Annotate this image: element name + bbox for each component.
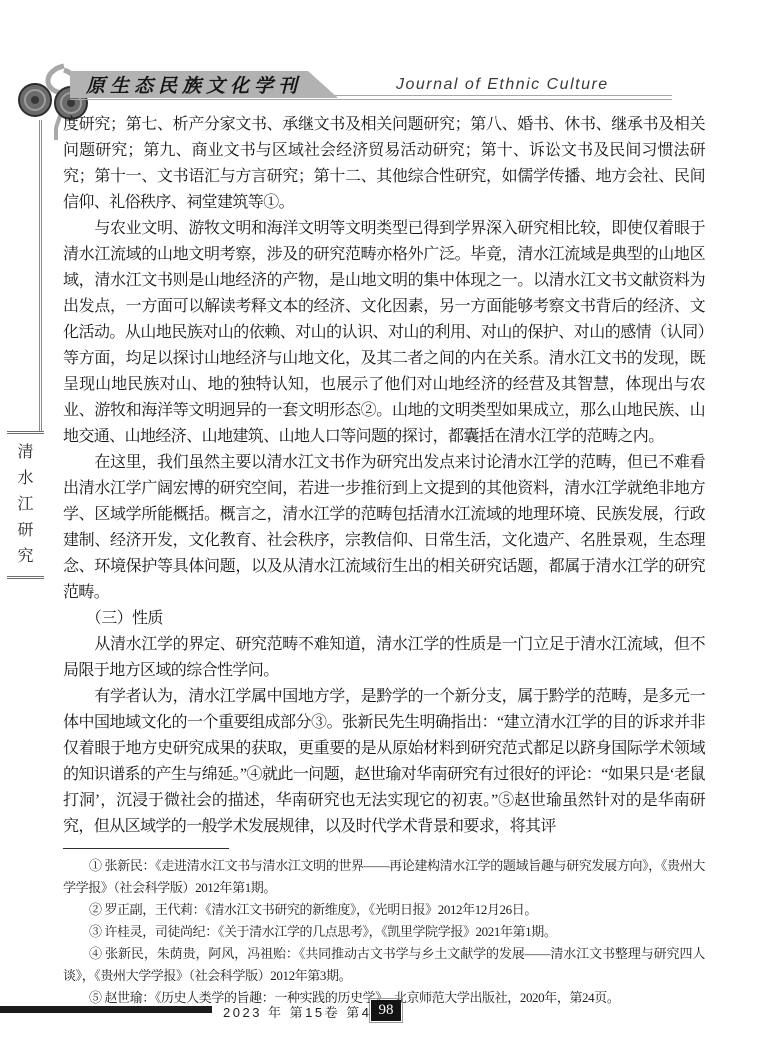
column-label-box: 清 水 江 研 究 <box>7 431 44 579</box>
journal-title-cn: 原生态民族文化学刊 <box>86 71 302 98</box>
body-paragraph: 在这里，我们虽然主要以清水江文书作为研究出发点来讨论清水江学的范畴，但已不难看出… <box>63 450 705 606</box>
body-paragraph: 度研究；第七、析产分家文书、承继文书及相关问题研究；第八、婚书、休书、继承书及相… <box>63 112 705 216</box>
column-label-char: 江 <box>17 497 33 513</box>
footer-bar <box>0 1006 212 1013</box>
body-paragraph: （三）性质 <box>63 606 705 632</box>
column-label-char: 水 <box>17 471 33 487</box>
journal-title-banner: 原生态民族文化学刊 <box>70 71 338 98</box>
footnote: ④ 张新民，朱荫贵，阿风，冯祖贻：《共同推动古文书学与乡土文献学的发展——清水江… <box>63 943 705 987</box>
page-number-badge: 98 <box>371 1000 401 1021</box>
article-body: 度研究；第七、析产分家文书、承继文书及相关问题研究；第八、婚书、休书、继承书及相… <box>63 112 705 1009</box>
paragraph-list: 度研究；第七、析产分家文书、承继文书及相关问题研究；第八、婚书、休书、继承书及相… <box>63 112 705 840</box>
issue-info: 2023 年 第15卷 第4期 <box>223 1002 387 1021</box>
column-label-char: 研 <box>17 523 33 539</box>
body-paragraph: 从清水江学的界定、研究范畴不难知道，清水江学的性质是一门立足于清水江流域，但不局… <box>63 632 705 684</box>
journal-title-en: Journal of Ethnic Culture <box>396 76 609 94</box>
column-label-char: 究 <box>17 549 33 565</box>
footnote-separator <box>63 848 229 849</box>
body-paragraph: 与农业文明、游牧文明和海洋文明等文明类型已得到学界深入研究相比较，即使仅着眼于清… <box>63 216 705 450</box>
footnote-list: ① 张新民：《走进清水江文书与清水江文明的世界——再论建构清水江学的题域旨趣与研… <box>63 855 705 1009</box>
footnote: ③ 许桂灵，司徒尚纪：《关于清水江学的几点思考》，《凯里学院学报》2021年第1… <box>63 921 705 943</box>
journal-page: 原生态民族文化学刊 Journal of Ethnic Culture 清 水 … <box>0 0 766 1041</box>
body-paragraph: 有学者认为，清水江学属中国地方学，是黔学的一个新分支，属于黔学的范畴，是多元一体… <box>63 684 705 840</box>
footnote: ② 罗正副，王代莉：《清水江文书研究的新维度》，《光明日报》2012年12月26… <box>63 899 705 921</box>
footnote: ① 张新民：《走进清水江文书与清水江文明的世界——再论建构清水江学的题域旨趣与研… <box>63 855 705 899</box>
column-label-char: 清 <box>17 445 33 461</box>
